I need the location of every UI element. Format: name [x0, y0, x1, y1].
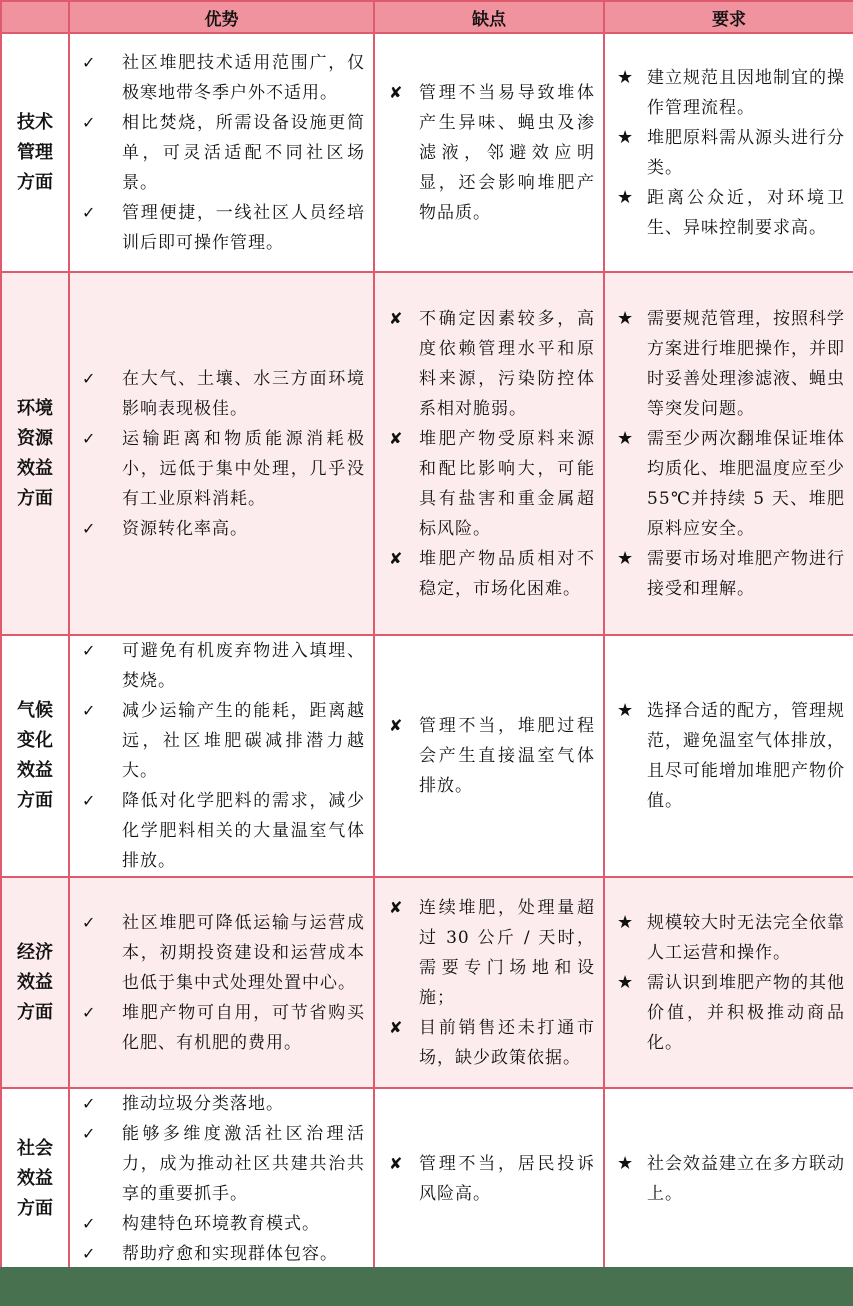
checkmark-icon: ✓: [76, 636, 122, 666]
table-row: 环境 资源 效益 方面 ✓在大气、土壤、水三方面环境影响表现极佳。 ✓运输距离和…: [1, 272, 853, 635]
cross-icon: ✘: [381, 78, 415, 108]
header-disadvantages: 缺点: [374, 1, 604, 33]
star-icon: ★: [611, 304, 643, 334]
checkmark-icon: ✓: [76, 514, 122, 544]
list-item: ✓能够多维度激活社区治理活力，成为推动社区共建共治共享的重要抓手。: [76, 1119, 365, 1209]
cross-icon: ✘: [381, 711, 415, 741]
aspect-label: 方面: [2, 786, 68, 816]
aspect-label: 方面: [2, 998, 68, 1028]
list-item: ✓堆肥产物可自用，可节省购买化肥、有机肥的费用。: [76, 998, 365, 1058]
aspect-label: 气候: [2, 696, 68, 726]
star-icon: ★: [611, 424, 643, 454]
header-requirements: 要求: [604, 1, 853, 33]
advantages-cell: ✓在大气、土壤、水三方面环境影响表现极佳。 ✓运输距离和物质能源消耗极小，远低于…: [69, 272, 374, 635]
list-item: ✓资源转化率高。: [76, 514, 365, 544]
checkmark-icon: ✓: [76, 908, 122, 938]
aspect-cell: 气候 变化 效益 方面: [1, 635, 69, 877]
disadvantages-cell: ✘不确定因素较多，高度依赖管理水平和原料来源，污染防控体系相对脆弱。 ✘堆肥产物…: [374, 272, 604, 635]
table-row: 社会 效益 方面 ✓推动垃圾分类落地。 ✓能够多维度激活社区治理活力，成为推动社…: [1, 1088, 853, 1270]
aspect-label: 经济: [2, 938, 68, 968]
header-advantages: 优势: [69, 1, 374, 33]
aspect-label: 效益: [2, 968, 68, 998]
star-icon: ★: [611, 696, 643, 726]
checkmark-icon: ✓: [76, 364, 122, 394]
list-item: ★需要规范管理，按照科学方案进行堆肥操作，并即时妥善处理渗滤液、蝇虫等突发问题。: [611, 304, 845, 424]
list-item: ✓帮助疗愈和实现群体包容。: [76, 1239, 365, 1269]
header-blank: [1, 1, 69, 33]
footer-bar: [0, 1267, 853, 1306]
list-item: ✘堆肥产物品质相对不稳定，市场化困难。: [381, 544, 595, 604]
disadvantages-cell: ✘管理不当易导致堆体产生异味、蝇虫及渗滤液，邻避效应明显，还会影响堆肥产物品质。: [374, 33, 604, 272]
aspect-label: 资源: [2, 424, 68, 454]
checkmark-icon: ✓: [76, 48, 122, 78]
requirements-cell: ★建立规范且因地制宜的操作管理流程。 ★堆肥原料需从源头进行分类。 ★距离公众近…: [604, 33, 853, 272]
aspect-label: 变化: [2, 726, 68, 756]
aspect-label: 环境: [2, 394, 68, 424]
list-item: ✘管理不当，堆肥过程会产生直接温室气体排放。: [381, 711, 595, 801]
advantages-cell: ✓推动垃圾分类落地。 ✓能够多维度激活社区治理活力，成为推动社区共建共治共享的重…: [69, 1088, 374, 1270]
advantages-cell: ✓可避免有机废弃物进入填埋、焚烧。 ✓减少运输产生的能耗，距离越远，社区堆肥碳减…: [69, 635, 374, 877]
star-icon: ★: [611, 968, 643, 998]
aspect-label: 管理: [2, 138, 68, 168]
list-item: ✓社区堆肥技术适用范围广，仅极寒地带冬季户外不适用。: [76, 48, 365, 108]
requirements-cell: ★社会效益建立在多方联动上。: [604, 1088, 853, 1270]
checkmark-icon: ✓: [76, 1209, 122, 1239]
list-item: ✘管理不当，居民投诉风险高。: [381, 1149, 595, 1209]
cross-icon: ✘: [381, 893, 415, 923]
list-item: ★建立规范且因地制宜的操作管理流程。: [611, 63, 845, 123]
checkmark-icon: ✓: [76, 1089, 122, 1119]
requirements-cell: ★需要规范管理，按照科学方案进行堆肥操作，并即时妥善处理渗滤液、蝇虫等突发问题。…: [604, 272, 853, 635]
aspect-cell: 环境 资源 效益 方面: [1, 272, 69, 635]
checkmark-icon: ✓: [76, 424, 122, 454]
cross-icon: ✘: [381, 424, 415, 454]
checkmark-icon: ✓: [76, 998, 122, 1028]
list-item: ★需要市场对堆肥产物进行接受和理解。: [611, 544, 845, 604]
table-row: 经济 效益 方面 ✓社区堆肥可降低运输与运营成本，初期投资建设和运营成本也低于集…: [1, 877, 853, 1088]
star-icon: ★: [611, 183, 643, 213]
list-item: ✓降低对化学肥料的需求，减少化学肥料相关的大量温室气体排放。: [76, 786, 365, 876]
disadvantages-cell: ✘管理不当，堆肥过程会产生直接温室气体排放。: [374, 635, 604, 877]
list-item: ✓可避免有机废弃物进入填埋、焚烧。: [76, 636, 365, 696]
aspect-label: 效益: [2, 454, 68, 484]
star-icon: ★: [611, 63, 643, 93]
list-item: ★需认识到堆肥产物的其他价值，并积极推动商品化。: [611, 968, 845, 1058]
list-item: ✓构建特色环境教育模式。: [76, 1209, 365, 1239]
list-item: ★选择合适的配方，管理规范，避免温室气体排放，且尽可能增加堆肥产物价值。: [611, 696, 845, 816]
list-item: ✓减少运输产生的能耗，距离越远，社区堆肥碳减排潜力越大。: [76, 696, 365, 786]
aspect-label: 社会: [2, 1134, 68, 1164]
aspect-cell: 社会 效益 方面: [1, 1088, 69, 1270]
list-item: ✘管理不当易导致堆体产生异味、蝇虫及渗滤液，邻避效应明显，还会影响堆肥产物品质。: [381, 78, 595, 228]
checkmark-icon: ✓: [76, 786, 122, 816]
list-item: ★堆肥原料需从源头进行分类。: [611, 123, 845, 183]
aspect-label: 方面: [2, 1194, 68, 1224]
checkmark-icon: ✓: [76, 108, 122, 138]
cross-icon: ✘: [381, 544, 415, 574]
cross-icon: ✘: [381, 1149, 415, 1179]
aspect-cell: 经济 效益 方面: [1, 877, 69, 1088]
cross-icon: ✘: [381, 304, 415, 334]
aspect-label: 效益: [2, 756, 68, 786]
checkmark-icon: ✓: [76, 198, 122, 228]
list-item: ✘连续堆肥，处理量超过 30 公斤 / 天时，需要专门场地和设施；: [381, 893, 595, 1013]
disadvantages-cell: ✘连续堆肥，处理量超过 30 公斤 / 天时，需要专门场地和设施； ✘目前销售还…: [374, 877, 604, 1088]
list-item: ✘目前销售还未打通市场，缺少政策依据。: [381, 1013, 595, 1073]
table-row: 气候 变化 效益 方面 ✓可避免有机废弃物进入填埋、焚烧。 ✓减少运输产生的能耗…: [1, 635, 853, 877]
list-item: ✓推动垃圾分类落地。: [76, 1089, 365, 1119]
list-item: ✓在大气、土壤、水三方面环境影响表现极佳。: [76, 364, 365, 424]
table-row: 技术 管理 方面 ✓社区堆肥技术适用范围广，仅极寒地带冬季户外不适用。 ✓相比焚…: [1, 33, 853, 272]
star-icon: ★: [611, 123, 643, 153]
list-item: ★需至少两次翻堆保证堆体均质化、堆肥温度应至少 55℃并持续 5 天、堆肥原料应…: [611, 424, 845, 544]
disadvantages-cell: ✘管理不当，居民投诉风险高。: [374, 1088, 604, 1270]
checkmark-icon: ✓: [76, 696, 122, 726]
list-item: ✓社区堆肥可降低运输与运营成本，初期投资建设和运营成本也低于集中式处理处置中心。: [76, 908, 365, 998]
list-item: ★距离公众近，对环境卫生、异味控制要求高。: [611, 183, 845, 243]
star-icon: ★: [611, 1149, 643, 1179]
list-item: ✓相比焚烧，所需设备设施更简单，可灵活适配不同社区场景。: [76, 108, 365, 198]
checkmark-icon: ✓: [76, 1119, 122, 1149]
document-page: 优势 缺点 要求 技术 管理 方面 ✓社区堆肥技术适用范围广，仅极寒地带冬季户外…: [0, 0, 853, 1306]
aspect-label: 技术: [2, 108, 68, 138]
list-item: ✘不确定因素较多，高度依赖管理水平和原料来源，污染防控体系相对脆弱。: [381, 304, 595, 424]
aspect-label: 效益: [2, 1164, 68, 1194]
star-icon: ★: [611, 544, 643, 574]
requirements-cell: ★选择合适的配方，管理规范，避免温室气体排放，且尽可能增加堆肥产物价值。: [604, 635, 853, 877]
checkmark-icon: ✓: [76, 1239, 122, 1269]
aspect-label: 方面: [2, 484, 68, 514]
star-icon: ★: [611, 908, 643, 938]
comparison-table: 优势 缺点 要求 技术 管理 方面 ✓社区堆肥技术适用范围广，仅极寒地带冬季户外…: [0, 0, 853, 1271]
advantages-cell: ✓社区堆肥技术适用范围广，仅极寒地带冬季户外不适用。 ✓相比焚烧，所需设备设施更…: [69, 33, 374, 272]
cross-icon: ✘: [381, 1013, 415, 1043]
aspect-cell: 技术 管理 方面: [1, 33, 69, 272]
list-item: ★社会效益建立在多方联动上。: [611, 1149, 845, 1209]
list-item: ★规模较大时无法完全依靠人工运营和操作。: [611, 908, 845, 968]
list-item: ✓管理便捷，一线社区人员经培训后即可操作管理。: [76, 198, 365, 258]
requirements-cell: ★规模较大时无法完全依靠人工运营和操作。 ★需认识到堆肥产物的其他价值，并积极推…: [604, 877, 853, 1088]
table-header-row: 优势 缺点 要求: [1, 1, 853, 33]
aspect-label: 方面: [2, 168, 68, 198]
advantages-cell: ✓社区堆肥可降低运输与运营成本，初期投资建设和运营成本也低于集中式处理处置中心。…: [69, 877, 374, 1088]
list-item: ✘堆肥产物受原料来源和配比影响大，可能具有盐害和重金属超标风险。: [381, 424, 595, 544]
list-item: ✓运输距离和物质能源消耗极小，远低于集中处理，几乎没有工业原料消耗。: [76, 424, 365, 514]
